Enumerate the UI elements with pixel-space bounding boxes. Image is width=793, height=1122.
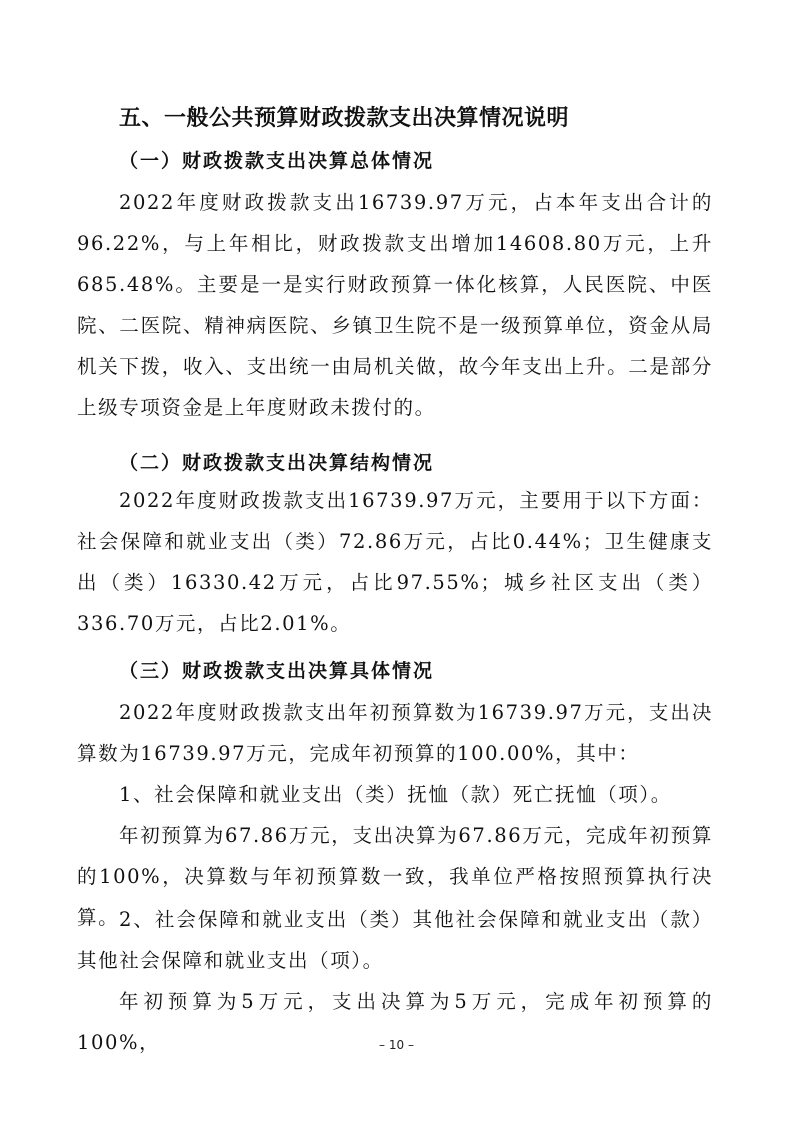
section-title: 五、一般公共预算财政拨款支出决算情况说明 xyxy=(119,101,569,132)
paragraph-overall: 2022年度财政拨款支出16739.97万元，占本年支出合计的96.22%，与上… xyxy=(77,182,713,428)
paragraph-item-2: 2、社会保障和就业支出（类）其他社会保障和就业支出（款）其他社会保障和就业支出（… xyxy=(77,899,713,981)
paragraph-details-intro: 2022年度财政拨款支出年初预算数为16739.97万元，支出决算数为16739… xyxy=(77,692,713,774)
subsection-heading-1: （一）财政拨款支出决算总体情况 xyxy=(119,146,434,173)
page-number: – 10 – xyxy=(0,1038,793,1052)
subsection-heading-3: （三）财政拨款支出决算具体情况 xyxy=(119,656,434,683)
subsection-heading-2: （二）财政拨款支出决算结构情况 xyxy=(119,448,434,475)
paragraph-structure: 2022年度财政拨款支出16739.97万元，主要用于以下方面：社会保障和就业支… xyxy=(77,480,713,644)
paragraph-item-1: 1、社会保障和就业支出（类）抚恤（款）死亡抚恤（项）。 xyxy=(77,774,713,815)
